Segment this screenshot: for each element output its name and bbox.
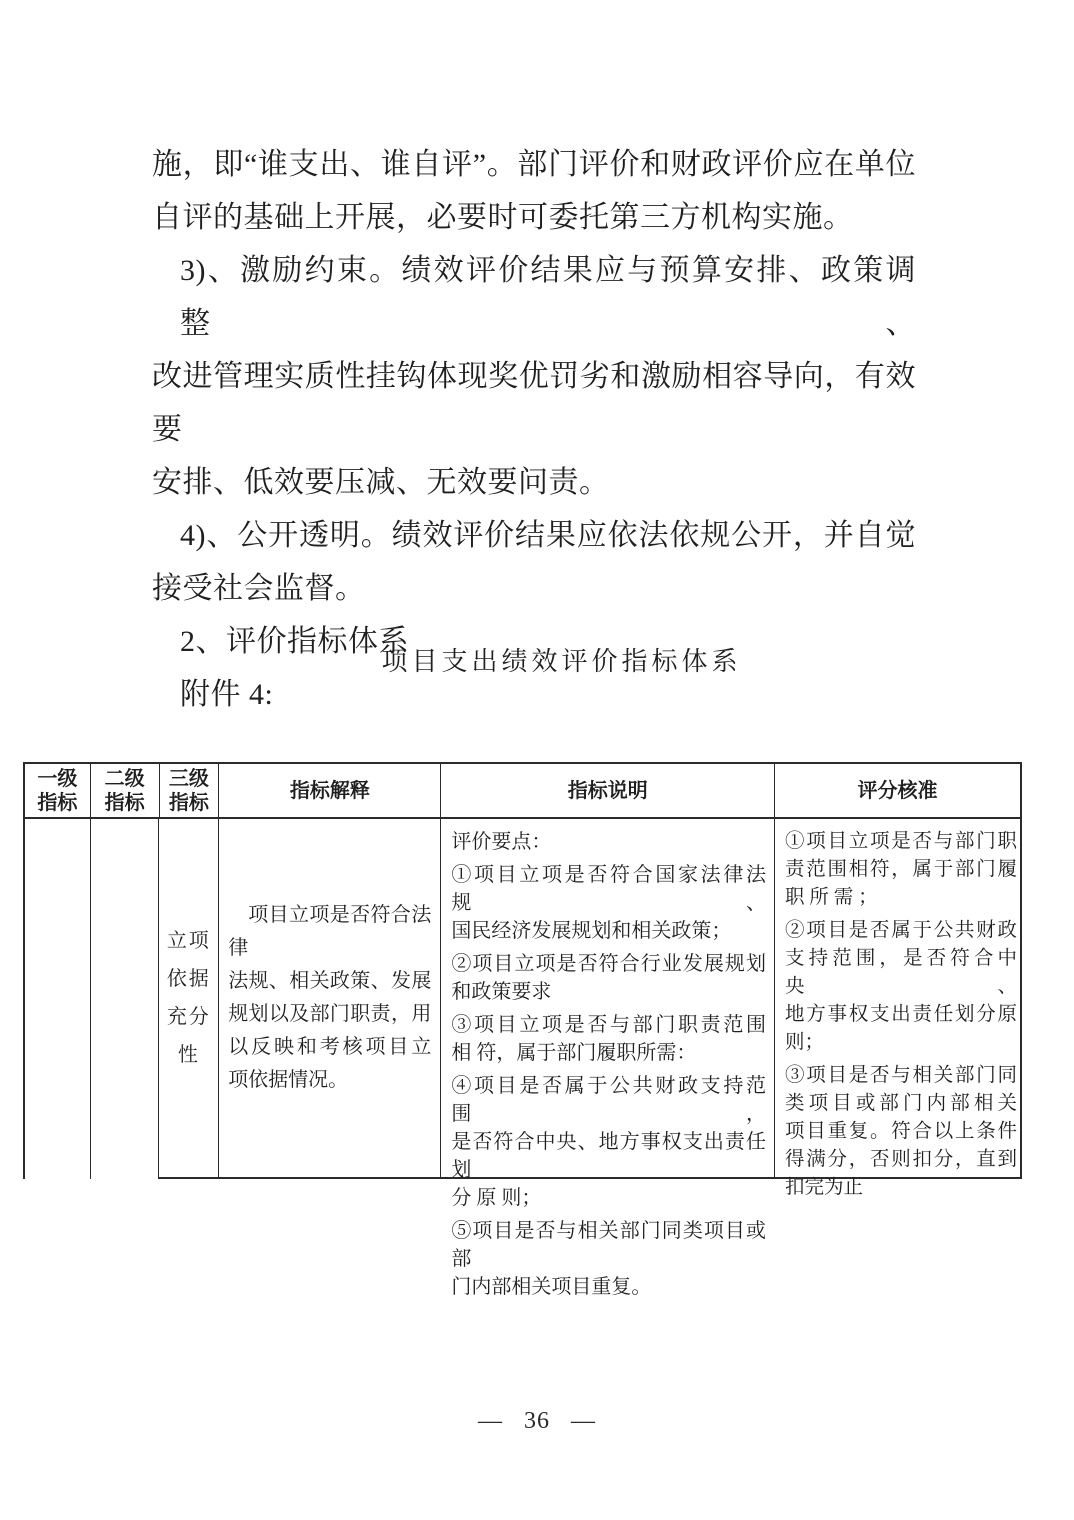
text-line: 法规、相关政策、发展 xyxy=(228,965,431,998)
text-line: 则； xyxy=(785,1029,1017,1057)
header-level2-indicator: 二级指标 xyxy=(91,764,160,819)
text-line: 规划以及部门职责，用 xyxy=(228,998,431,1031)
text-line: 扣完为止 xyxy=(785,1174,1017,1202)
cell-level2-indicator xyxy=(91,819,160,1179)
text-line: 评价要点： xyxy=(451,828,766,856)
header-level3-indicator: 三级指标 xyxy=(160,764,220,819)
header-scoring-criteria: 评分核准 xyxy=(775,764,1020,819)
text-line: 支持范围，是否符合中央、 xyxy=(785,945,1017,1001)
text-line: 相 符，属于部门履职所需： xyxy=(451,1039,766,1067)
cell-indicator-description: 评价要点：①项目立项是否符合国家法律法规、国民经济发展规划和相关政策；②项目立项… xyxy=(441,819,775,1179)
text-line: 改进管理实质性挂钩体现奖优罚劣和激励相容导向，有效要 xyxy=(152,350,916,456)
text-line: 项依据情况。 xyxy=(228,1064,431,1097)
text-line: 项目立项是否符合法律 xyxy=(228,899,431,965)
header-indicator-description: 指标说明 xyxy=(441,764,775,819)
text-line: 分 原 则； xyxy=(451,1184,766,1212)
header-level1-indicator: 一级指标 xyxy=(25,764,91,819)
cell-indicator-explanation: 项目立项是否符合法律法规、相关政策、发展规划以及部门职责，用以反映和考核项目立项… xyxy=(219,819,441,1179)
text-line: 立项 xyxy=(167,922,211,960)
document-page: { "document": { "body_lines": [ {"t":"施，… xyxy=(0,0,1074,1520)
attachment-title: 项目支出绩效评价指标体系 xyxy=(152,642,916,682)
cell-level1-indicator xyxy=(25,819,91,1179)
table-header-row: 一级指标 二级指标 三级指标 指标解释 指标说明 评分核准 xyxy=(25,764,1020,819)
text-line: ④项目是否属于公共财政支持范围， xyxy=(451,1072,766,1128)
text-line: ①项目立项是否符合国家法律法规、 xyxy=(451,861,766,917)
text-line: 施，即“谁支出、谁自评”。部门评价和财政评价应在单位 xyxy=(152,138,916,191)
indicator-table: 一级指标 二级指标 三级指标 指标解释 指标说明 评分核准 立项依据充分性 项目… xyxy=(23,762,1022,1179)
text-line: ③项目是否与相关部门同 xyxy=(785,1062,1017,1090)
text-line: 和政策要求 xyxy=(451,978,766,1006)
text-line: 依据 xyxy=(167,960,211,998)
text-line: 职 所 需 ； xyxy=(785,884,1017,912)
body-text: 施，即“谁支出、谁自评”。部门评价和财政评价应在单位自评的基础上开展，必要时可委… xyxy=(152,138,916,721)
text-line: 是否符合中央、地方事权支出责任划 xyxy=(451,1128,766,1184)
text-line: 3)、激励约束。绩效评价结果应与预算安排、政策调整、 xyxy=(152,244,916,350)
text-line: 项目重复。符合以上条件 xyxy=(785,1118,1017,1146)
text-line: 责范围相符，属于部门履 xyxy=(785,856,1017,884)
text-line: 国民经济发展规划和相关政策； xyxy=(451,917,766,945)
text-line: ③项目立项是否与部门职责范围 xyxy=(451,1011,766,1039)
text-line: 以反映和考核项目立 xyxy=(228,1031,431,1064)
text-line: ①项目立项是否与部门职 xyxy=(785,828,1017,856)
cell-level3-indicator: 立项依据充分性 xyxy=(159,819,219,1179)
text-line: ②项目立项是否符合行业发展规划 xyxy=(451,950,766,978)
text-line: ⑤项目是否与相关部门同类项目或部 xyxy=(451,1217,766,1273)
text-line: ②项目是否属于公共财政 xyxy=(785,917,1017,945)
text-line: 性 xyxy=(178,1036,200,1074)
page-number: — 36 — xyxy=(0,1408,1074,1435)
text-line: 4)、公开透明。绩效评价结果应依法依规公开，并自觉 xyxy=(152,509,916,562)
text-line: 得满分，否则扣分，直到 xyxy=(785,1146,1017,1174)
text-line: 安排、低效要压减、无效要问责。 xyxy=(152,456,916,509)
table-body-row: 立项依据充分性 项目立项是否符合法律法规、相关政策、发展规划以及部门职责，用以反… xyxy=(25,819,1020,1179)
header-indicator-explanation: 指标解释 xyxy=(219,764,441,819)
text-line: 充分 xyxy=(167,998,211,1036)
text-line: 类项目或部门内部相关 xyxy=(785,1090,1017,1118)
text-line: 接受社会监督。 xyxy=(152,562,916,615)
text-line: 门内部相关项目重复。 xyxy=(451,1273,766,1301)
text-line: 地方事权支出责任划分原 xyxy=(785,1001,1017,1029)
cell-scoring-criteria: ①项目立项是否与部门职责范围相符，属于部门履职 所 需 ；②项目是否属于公共财政… xyxy=(775,819,1020,1179)
text-line: 自评的基础上开展，必要时可委托第三方机构实施。 xyxy=(152,191,916,244)
